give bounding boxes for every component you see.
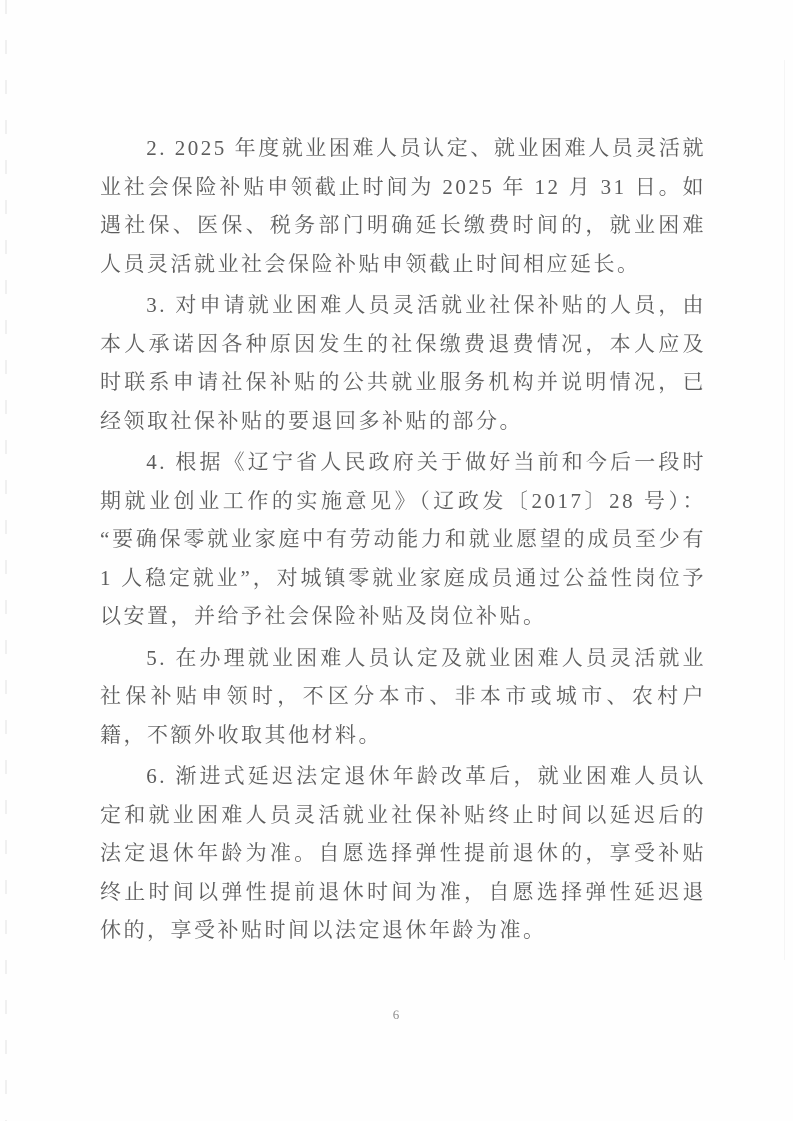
paragraph-item-4: 4. 根据《辽宁省人民政府关于做好当前和今后一段时期就业创业工作的实施意见》（辽… bbox=[100, 443, 706, 636]
paragraph-item-5: 5. 在办理就业困难人员认定及就业困难人员灵活就业社保补贴申领时，不区分本市、非… bbox=[100, 639, 706, 755]
document-body: 2. 2025 年度就业困难人员认定、就业困难人员灵活就业社会保险补贴申领截止时… bbox=[100, 129, 706, 953]
page-number: 6 bbox=[0, 1007, 793, 1023]
scan-edge-artifact-left bbox=[5, 0, 7, 1121]
paragraph-item-6: 6. 渐进式延迟法定退休年龄改革后，就业困难人员认定和就业困难人员灵活就业社保补… bbox=[100, 757, 706, 950]
paragraph-item-3: 3. 对申请就业困难人员灵活就业社保补贴的人员，由本人承诺因各种原因发生的社保缴… bbox=[100, 286, 706, 440]
paragraph-item-2: 2. 2025 年度就业困难人员认定、就业困难人员灵活就业社会保险补贴申领截止时… bbox=[100, 129, 706, 283]
document-page: 2. 2025 年度就业困难人员认定、就业困难人员灵活就业社会保险补贴申领截止时… bbox=[0, 0, 793, 1121]
scan-edge-artifact-right bbox=[784, 60, 785, 960]
